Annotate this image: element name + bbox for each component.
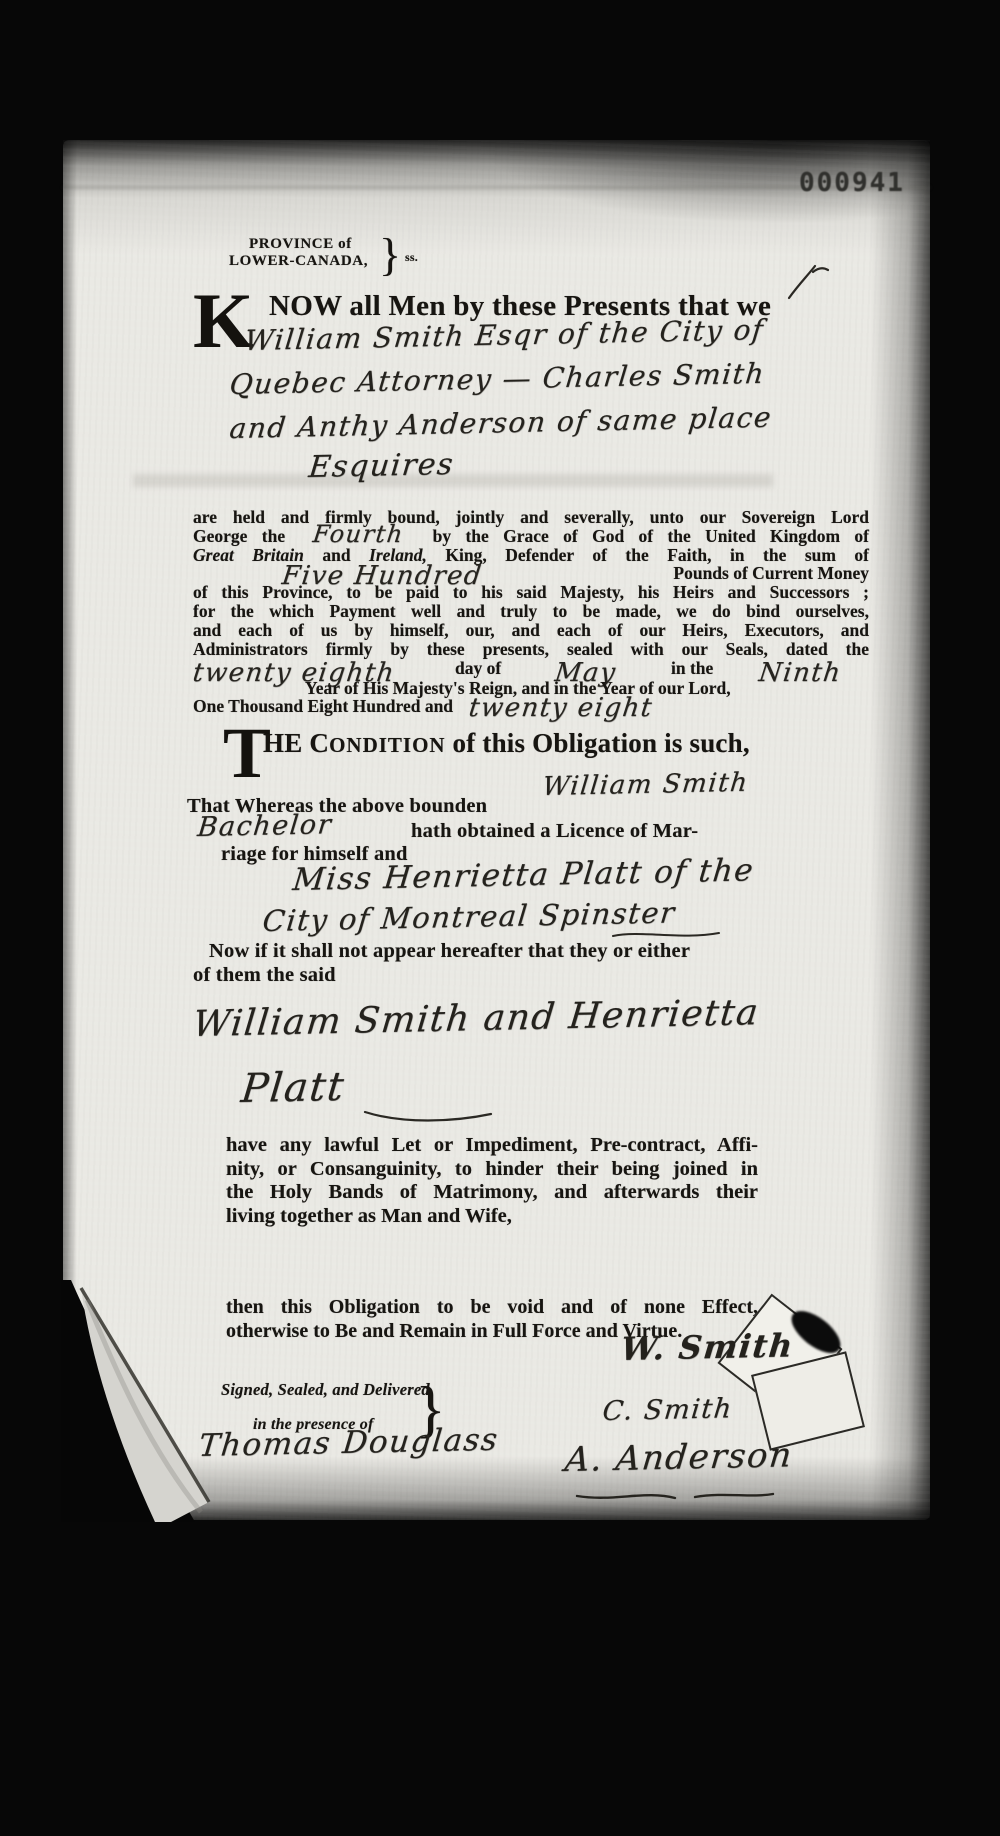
condition-heading-pre: HE C (263, 728, 329, 758)
obligation-line-1: are held and firmly bound, jointly and s… (193, 508, 869, 527)
obligation-line-4-post: Pounds of Current Money (673, 564, 869, 583)
now-line-1: Now if it shall not appear hereafter tha… (209, 940, 771, 963)
province-line-2: LOWER-CANADA, (229, 253, 368, 270)
ink-flourish (785, 258, 831, 306)
bachelor-handwritten: Bachelor (196, 809, 334, 843)
province-line-1: PROVINCE of (249, 236, 352, 253)
obligation-line-4: Five HundredPounds of Current Money (193, 564, 869, 583)
obligation-line-7: and each of us by himself, our, and each… (193, 621, 869, 640)
obligation-line-5: of this Province, to be paid to his said… (193, 583, 869, 602)
void-line-1: then this Obligation to be void and of n… (226, 1295, 758, 1319)
signature-underline-flourish (575, 1488, 775, 1504)
obligation-line-9: twenty eighth day of May in the Ninth (193, 659, 869, 679)
jurisdiction-abbr: ss. (405, 250, 418, 265)
impediment-paragraph: have any lawful Let or Impediment, Pre-c… (226, 1134, 758, 1228)
obligor-handwritten-line-3: and Anthy Anderson of same place (228, 401, 774, 445)
folded-corner (61, 1280, 221, 1522)
photo-background: 000941 PROVINCE of LOWER-CANADA, } ss. K… (0, 0, 1000, 1836)
jurisdiction-brace: } (379, 228, 401, 281)
condition-heading: HE CONDITION of this Obligation is such, (263, 728, 750, 759)
obligation-line-2-pre: George the (193, 526, 285, 546)
obligation-line-8: Administrators firmly by these presents,… (193, 640, 869, 659)
witness-signature-handwritten: Thomas Douglass (197, 1422, 500, 1464)
signed-sealed-line: Signed, Sealed, and Delivered, (221, 1380, 434, 1400)
obligation-line-2: George the Fourth by the Grace of God of… (193, 527, 869, 546)
impediment-line-1: have any lawful Let or Impediment, Pre-c… (226, 1134, 758, 1158)
condition-heading-smallcaps: ONDITION (329, 733, 446, 757)
couple-handwritten-line-2: Platt (239, 1064, 347, 1112)
now-line-2: of them the said (193, 964, 336, 987)
obligation-line-2-post: by the Grace of God of the United Kingdo… (433, 526, 869, 546)
obligor-handwritten-line-2: Quebec Attorney — Charles Smith (228, 357, 767, 401)
obligation-paragraph: are held and firmly bound, jointly and s… (193, 508, 869, 716)
bounden-name-handwritten: William Smith (541, 768, 750, 802)
obligation-line-9-mid2: in the (671, 659, 713, 678)
obligor-handwritten-line-4: Esquires (307, 447, 456, 485)
obligation-line-11: One Thousand Eight Hundred and twenty ei… (193, 697, 869, 716)
stamp-number: 000941 (799, 168, 905, 198)
document-page: 000941 PROVINCE of LOWER-CANADA, } ss. K… (63, 140, 930, 1520)
handwriting-tail-flourish (363, 1108, 493, 1124)
signature-w-smith: W. Smith (619, 1326, 796, 1368)
impediment-line-4: living together as Man and Wife, (226, 1205, 758, 1229)
impediment-line-2: nity, or Consanguinity, to hinder their … (226, 1158, 758, 1182)
paper-smudge (133, 474, 773, 487)
impediment-line-3: the Holy Bands of Matrimony, and afterwa… (226, 1181, 758, 1205)
condition-heading-post: of this Obligation is such, (446, 728, 750, 758)
obligation-line-6: for the which Payment well and truly to … (193, 602, 869, 621)
couple-handwritten-line-1: William Smith and Henrietta (191, 992, 761, 1045)
signature-a-anderson: A. Anderson (563, 1435, 795, 1480)
obligation-line-9-mid1: day of (455, 659, 501, 678)
licence-line-1: hath obtained a Licence of Mar- (411, 820, 698, 843)
obligation-line-3-post: King, Defender of the Faith, in the sum … (445, 545, 869, 565)
signature-c-smith: C. Smith (601, 1393, 734, 1427)
